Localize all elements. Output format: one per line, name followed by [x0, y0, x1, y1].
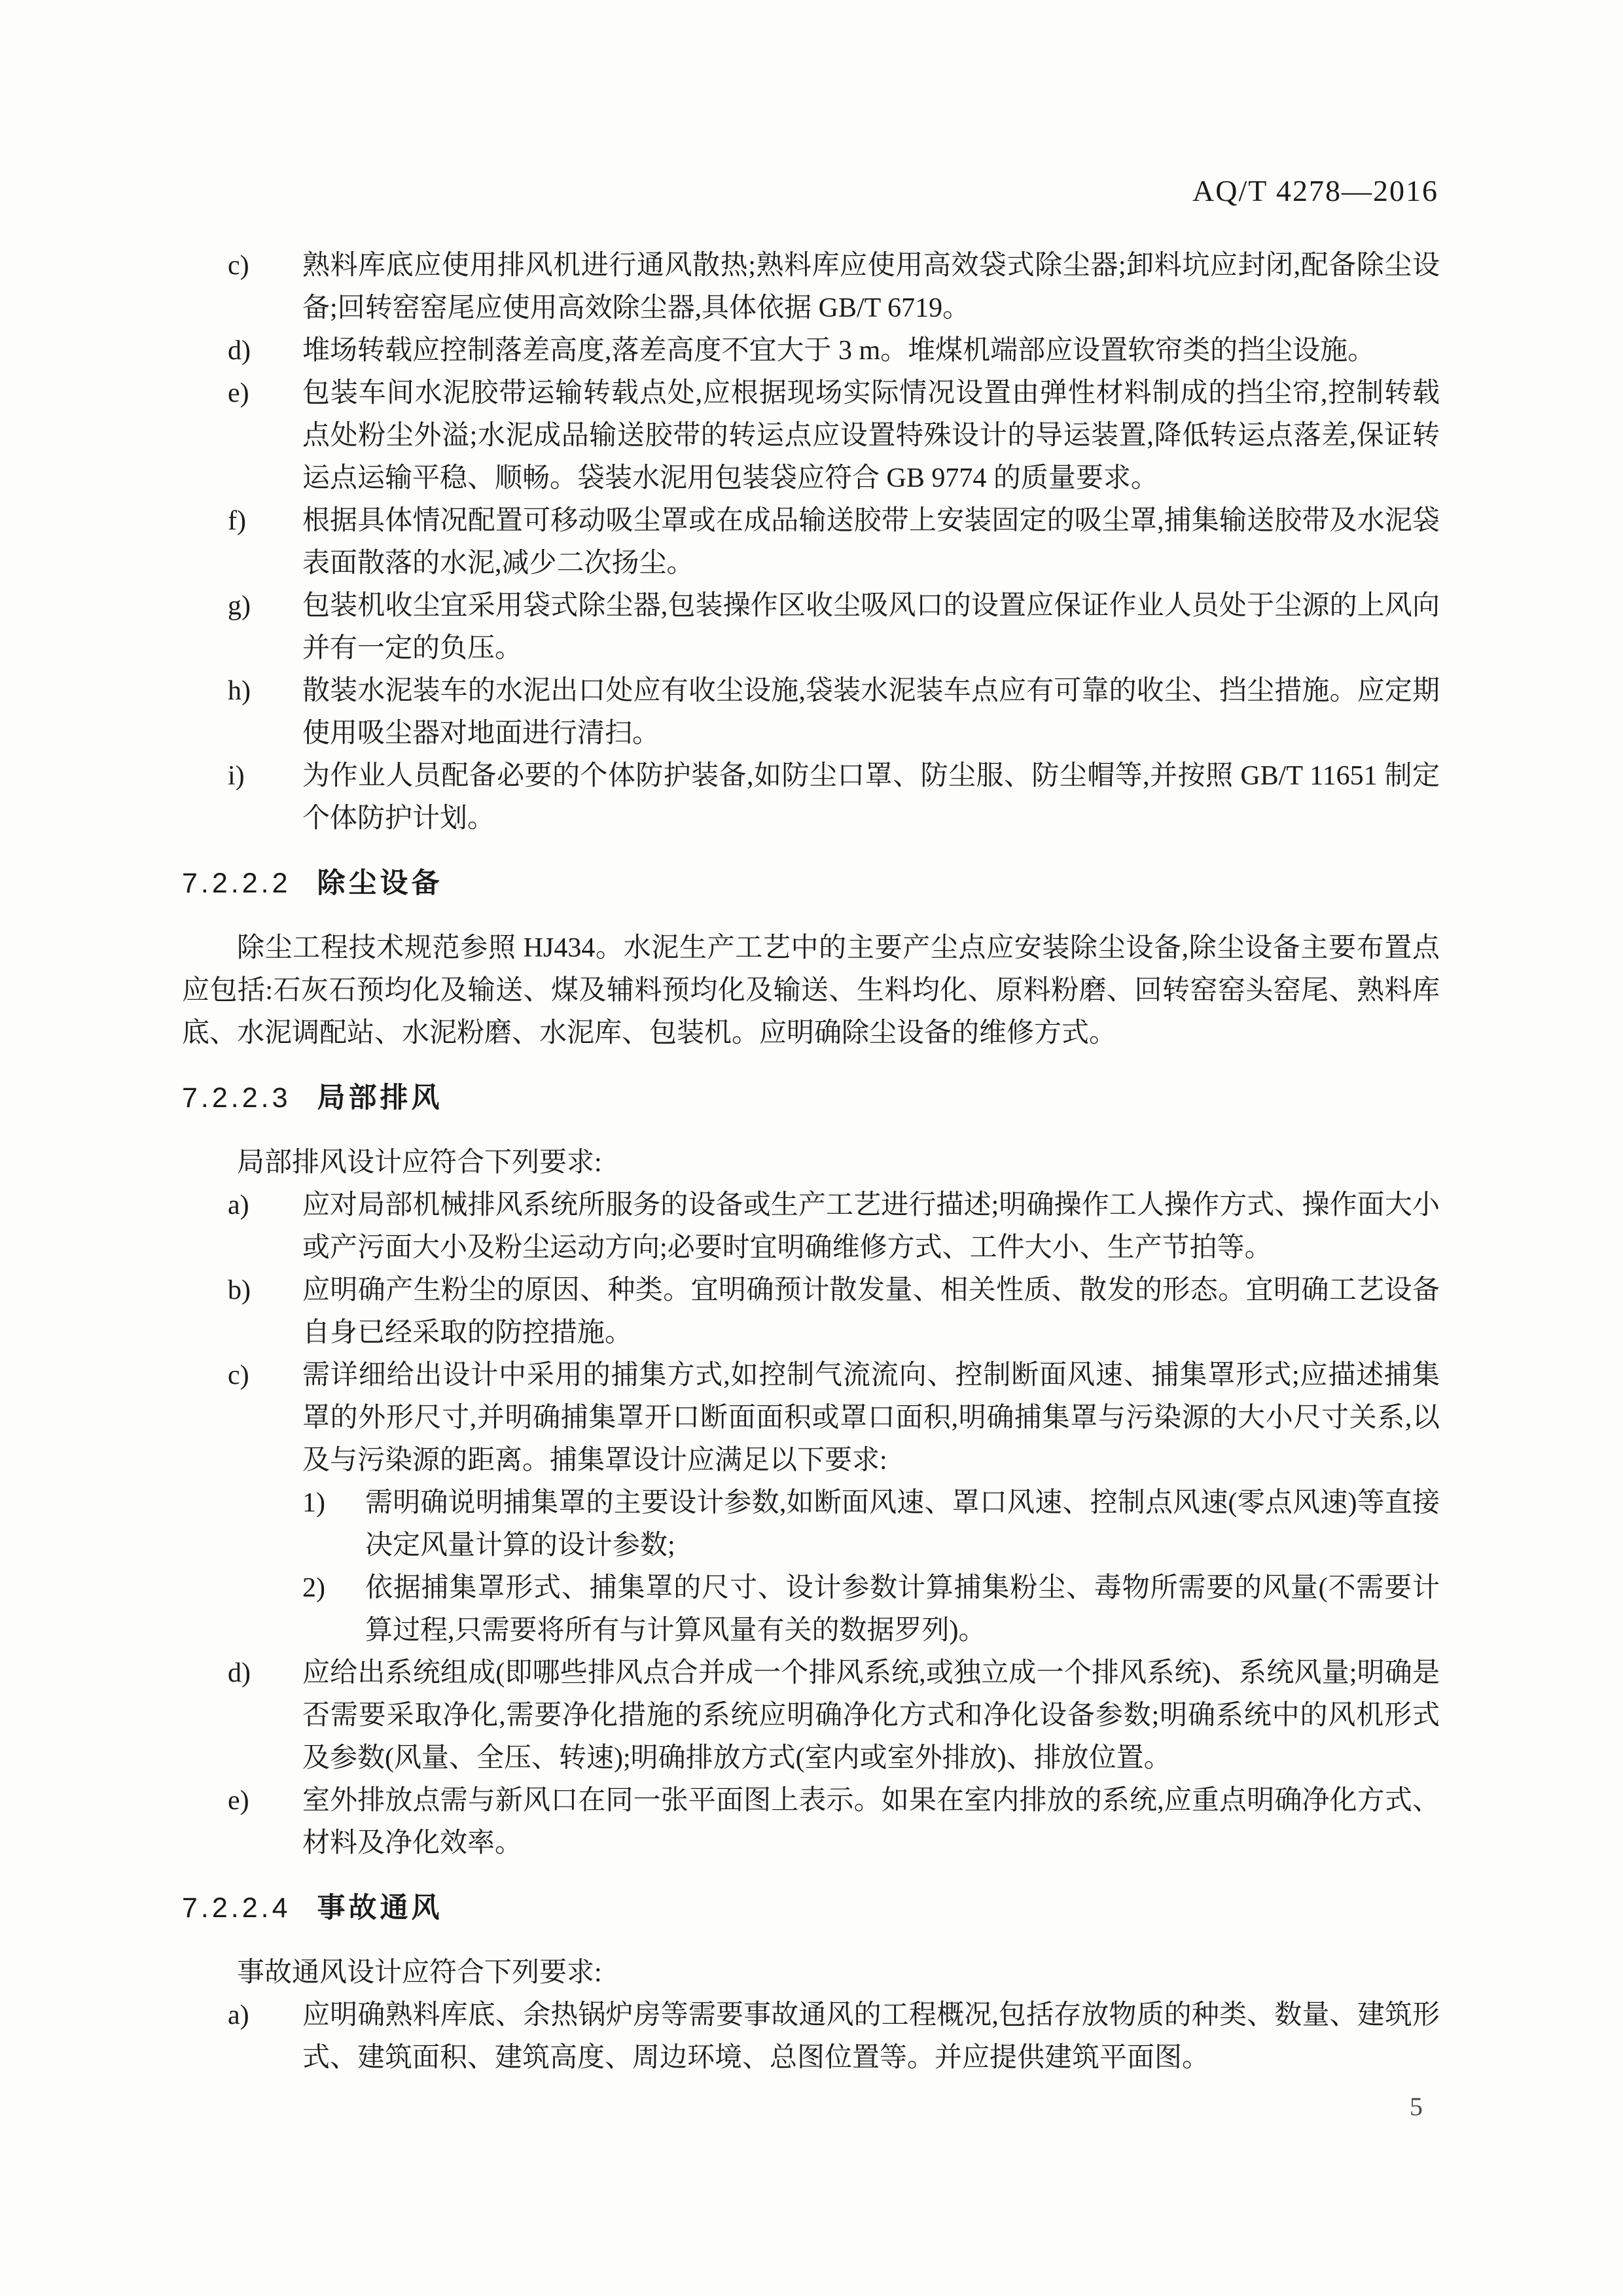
clause-intro: 局部排风设计应符合下列要求:: [182, 1142, 1440, 1184]
item-label: e): [228, 1780, 302, 1865]
local-exhaust-list: a) 应对局部机械排风系统所服务的设备或生产工艺进行描述;明确操作工人操作方式、…: [182, 1184, 1440, 1865]
item-label: d): [228, 1652, 302, 1780]
sub-item-text: 依据捕集罩形式、捕集罩的尺寸、设计参数计算捕集粉尘、毒物所需要的风量(不需要计算…: [365, 1567, 1440, 1652]
item-text: 应给出系统组成(即哪些排风点合并成一个排风系统,或独立成一个排风系统)、系统风量…: [302, 1652, 1440, 1780]
item-label: d): [228, 330, 302, 372]
clause-paragraph: 除尘工程技术规范参照 HJ434。水泥生产工艺中的主要产尘点应安装除尘设备,除尘…: [182, 927, 1440, 1055]
item-text: 根据具体情况配置可移动吸尘罩或在成品输送胶带上安装固定的吸尘罩,捕集输送胶带及水…: [302, 500, 1440, 585]
item-label: i): [228, 755, 302, 840]
item-text: 熟料库底应使用排风机进行通风散热;熟料库应使用高效袋式除尘器;卸料坑应封闭,配备…: [302, 245, 1440, 330]
item-text: 堆场转载应控制落差高度,落差高度不宜大于 3 m。堆煤机端部应设置软帘类的挡尘设…: [302, 330, 1440, 372]
item-text: 包装机收尘宜采用袋式除尘器,包装操作区收尘吸风口的设置应保证作业人员处于尘源的上…: [302, 585, 1440, 670]
list-item: d) 堆场转载应控制落差高度,落差高度不宜大于 3 m。堆煤机端部应设置软帘类的…: [182, 330, 1440, 372]
clause-intro: 事故通风设计应符合下列要求:: [182, 1952, 1440, 1994]
sub-list-item: 1) 需明确说明捕集罩的主要设计参数,如断面风速、罩口风速、控制点风速(零点风速…: [302, 1482, 1440, 1567]
page-body: c) 熟料库底应使用排风机进行通风散热;熟料库应使用高效袋式除尘器;卸料坑应封闭…: [182, 245, 1440, 2079]
sub-item-label: 1): [302, 1482, 365, 1567]
list-item: c) 熟料库底应使用排风机进行通风散热;熟料库应使用高效袋式除尘器;卸料坑应封闭…: [182, 245, 1440, 330]
item-text: 应明确产生粉尘的原因、种类。宜明确预计散发量、相关性质、散发的形态。宜明确工艺设…: [302, 1269, 1440, 1354]
list-item: a) 应明确熟料库底、余热锅炉房等需要事故通风的工程概况,包括存放物质的种类、数…: [182, 1994, 1440, 2079]
item-label: a): [228, 1184, 302, 1269]
item-text: 应对局部机械排风系统所服务的设备或生产工艺进行描述;明确操作工人操作方式、操作面…: [302, 1184, 1440, 1269]
clause-heading-emergency-ventilation: 7.2.2.4事故通风: [182, 1887, 1440, 1930]
item-label: c): [228, 1354, 302, 1652]
item-text: 室外排放点需与新风口在同一张平面图上表示。如果在室内排放的系统,应重点明确净化方…: [302, 1780, 1440, 1865]
dust-control-list: c) 熟料库底应使用排风机进行通风散热;熟料库应使用高效袋式除尘器;卸料坑应封闭…: [182, 245, 1440, 840]
clause-number: 7.2.2.2: [182, 868, 291, 899]
item-label: e): [228, 372, 302, 500]
list-item: d) 应给出系统组成(即哪些排风点合并成一个排风系统,或独立成一个排风系统)、系…: [182, 1652, 1440, 1780]
item-label: b): [228, 1269, 302, 1354]
item-text: 包装车间水泥胶带运输转载点处,应根据现场实际情况设置由弹性材料制成的挡尘帘,控制…: [302, 372, 1440, 500]
sub-item-label: 2): [302, 1567, 365, 1652]
clause-heading-local-exhaust: 7.2.2.3局部排风: [182, 1077, 1440, 1120]
item-text: 为作业人员配备必要的个体防护装备,如防尘口罩、防尘服、防尘帽等,并按照 GB/T…: [302, 755, 1440, 840]
sub-list-item: 2) 依据捕集罩形式、捕集罩的尺寸、设计参数计算捕集粉尘、毒物所需要的风量(不需…: [302, 1567, 1440, 1652]
item-label: h): [228, 670, 302, 755]
clause-title: 除尘设备: [317, 868, 443, 899]
item-label: a): [228, 1994, 302, 2079]
page-number: 5: [1410, 2091, 1423, 2123]
item-text: 散装水泥装车的水泥出口处应有收尘设施,袋装水泥装车点应有可靠的收尘、挡尘措施。应…: [302, 670, 1440, 755]
clause-heading-dust-equipment: 7.2.2.2除尘设备: [182, 862, 1440, 905]
item-text: 应明确熟料库底、余热锅炉房等需要事故通风的工程概况,包括存放物质的种类、数量、建…: [302, 1994, 1440, 2079]
list-item: h) 散装水泥装车的水泥出口处应有收尘设施,袋装水泥装车点应有可靠的收尘、挡尘措…: [182, 670, 1440, 755]
item-text-with-sublist: 需详细给出设计中采用的捕集方式,如控制气流流向、控制断面风速、捕集罩形式;应描述…: [302, 1354, 1440, 1652]
hood-requirements-sublist: 1) 需明确说明捕集罩的主要设计参数,如断面风速、罩口风速、控制点风速(零点风速…: [302, 1482, 1440, 1652]
clause-title: 局部排风: [317, 1082, 443, 1114]
document-page: AQ/T 4278—2016 c) 熟料库底应使用排风机进行通风散热;熟料库应使…: [0, 0, 1623, 2296]
clause-title: 事故通风: [317, 1892, 443, 1924]
list-item: f) 根据具体情况配置可移动吸尘罩或在成品输送胶带上安装固定的吸尘罩,捕集输送胶…: [182, 500, 1440, 585]
doc-code-header: AQ/T 4278—2016: [1192, 173, 1438, 209]
emergency-vent-list: a) 应明确熟料库底、余热锅炉房等需要事故通风的工程概况,包括存放物质的种类、数…: [182, 1994, 1440, 2079]
item-label: f): [228, 500, 302, 585]
clause-number: 7.2.2.4: [182, 1892, 291, 1924]
clause-number: 7.2.2.3: [182, 1082, 291, 1114]
list-item: e) 包装车间水泥胶带运输转载点处,应根据现场实际情况设置由弹性材料制成的挡尘帘…: [182, 372, 1440, 500]
list-item: i) 为作业人员配备必要的个体防护装备,如防尘口罩、防尘服、防尘帽等,并按照 G…: [182, 755, 1440, 840]
item-label: g): [228, 585, 302, 670]
item-label: c): [228, 245, 302, 330]
sub-item-text: 需明确说明捕集罩的主要设计参数,如断面风速、罩口风速、控制点风速(零点风速)等直…: [365, 1482, 1440, 1567]
item-text: 需详细给出设计中采用的捕集方式,如控制气流流向、控制断面风速、捕集罩形式;应描述…: [302, 1360, 1440, 1475]
list-item: a) 应对局部机械排风系统所服务的设备或生产工艺进行描述;明确操作工人操作方式、…: [182, 1184, 1440, 1269]
list-item: b) 应明确产生粉尘的原因、种类。宜明确预计散发量、相关性质、散发的形态。宜明确…: [182, 1269, 1440, 1354]
list-item: g) 包装机收尘宜采用袋式除尘器,包装操作区收尘吸风口的设置应保证作业人员处于尘…: [182, 585, 1440, 670]
list-item: c) 需详细给出设计中采用的捕集方式,如控制气流流向、控制断面风速、捕集罩形式;…: [182, 1354, 1440, 1652]
list-item: e) 室外排放点需与新风口在同一张平面图上表示。如果在室内排放的系统,应重点明确…: [182, 1780, 1440, 1865]
